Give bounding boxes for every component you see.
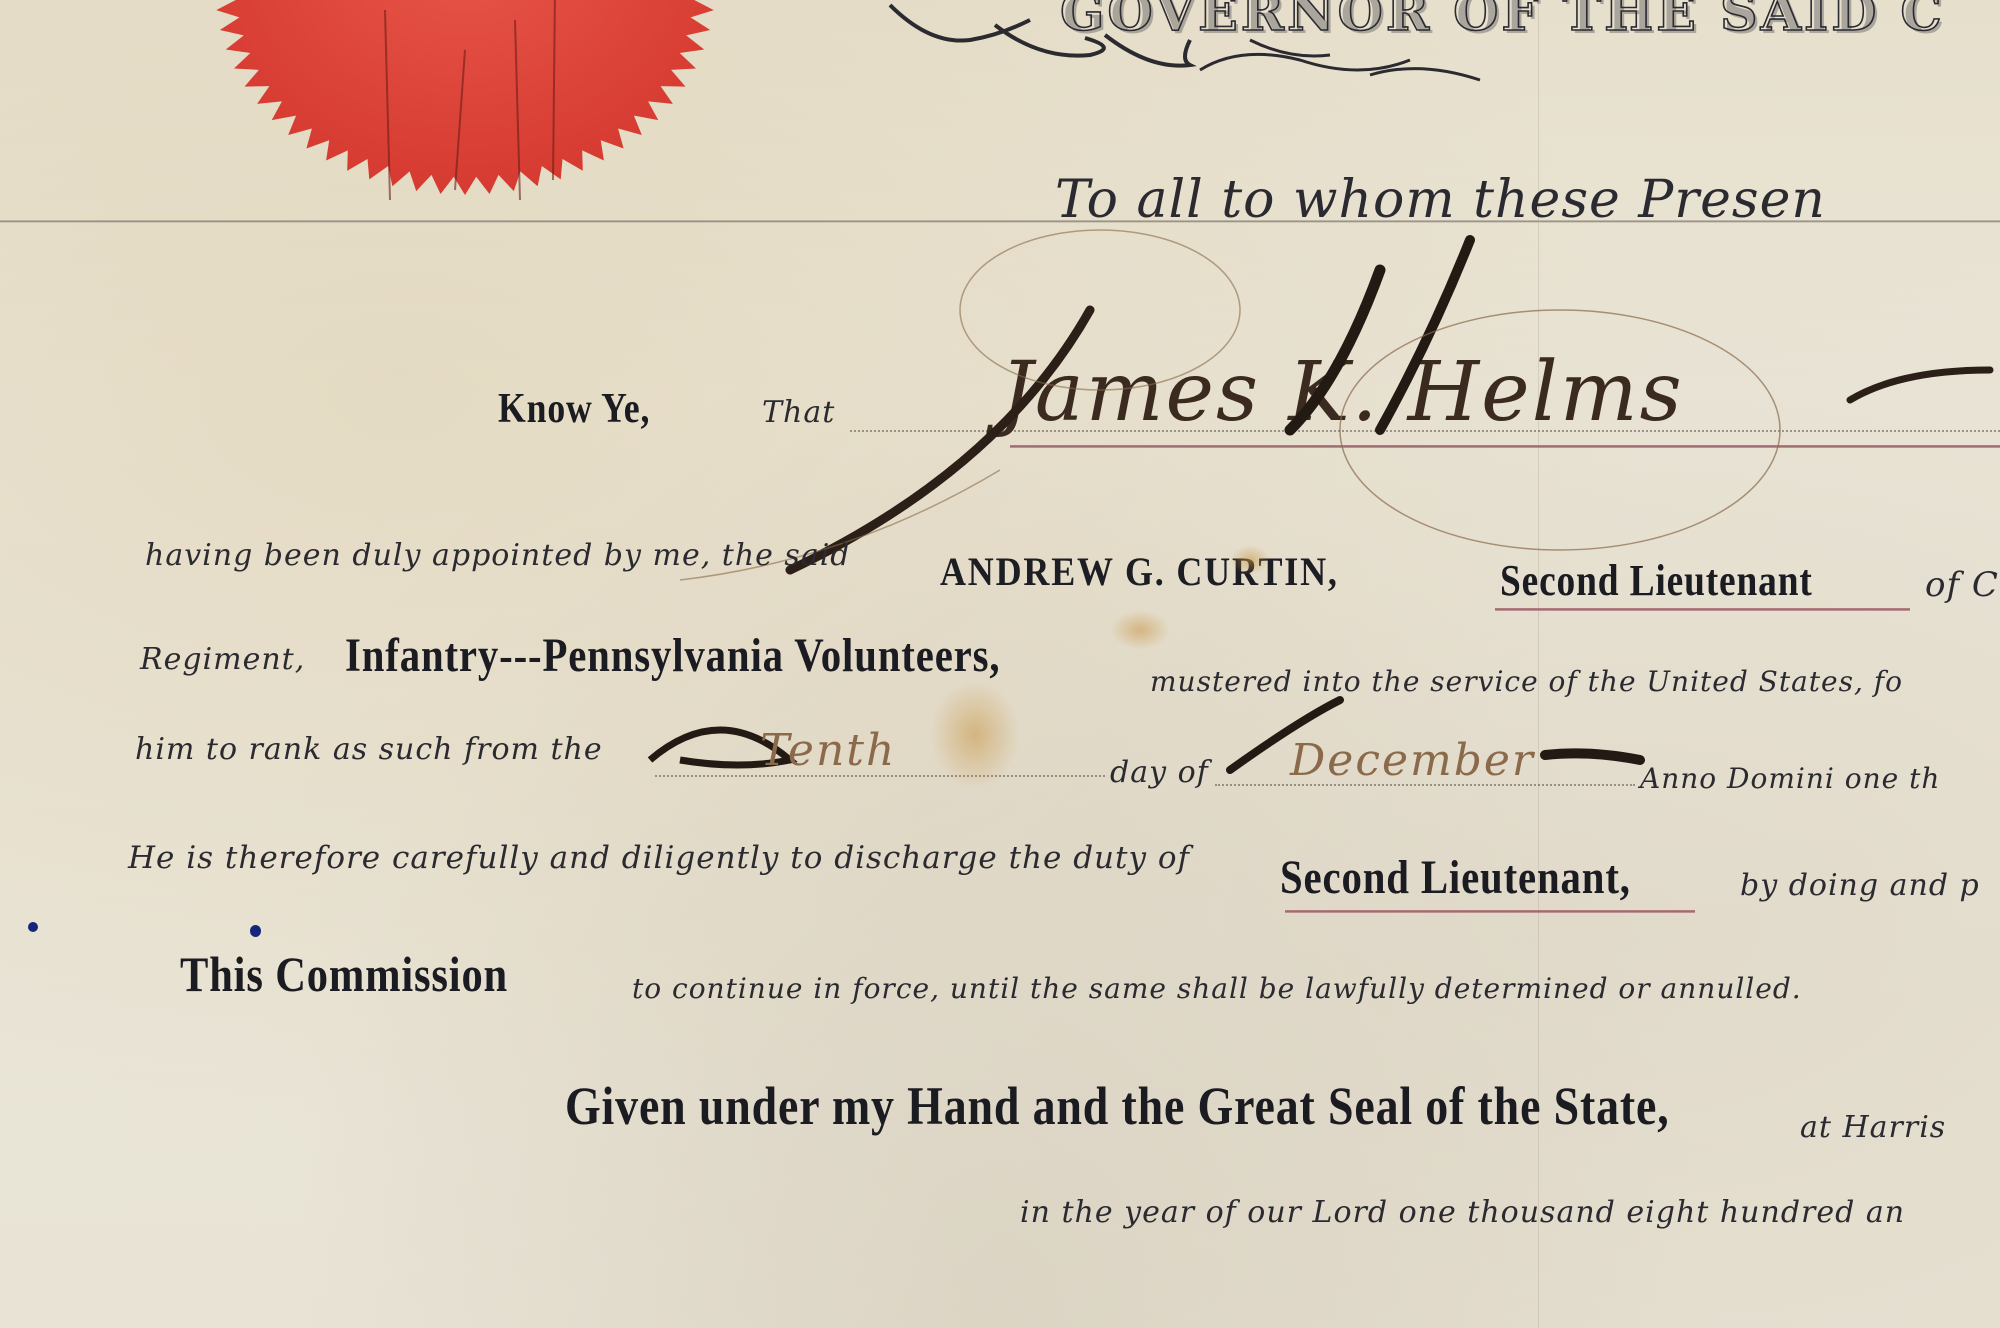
duty-text: He is therefore carefully and diligently… — [128, 840, 1190, 876]
given-under-hand: Given under my Hand and the Great Seal o… — [565, 1075, 1670, 1137]
water-stain — [1110, 610, 1170, 650]
rank-red-rule-2 — [1285, 910, 1695, 913]
water-stain — [1230, 545, 1270, 575]
duty-after: by doing and p — [1740, 868, 1980, 903]
commission-text: to continue in force, until the same sha… — [632, 972, 1802, 1005]
appointed-text: having been duly appointed by me, the sa… — [145, 538, 851, 573]
commission-label: This Commission — [180, 945, 508, 1003]
regiment-label: Regiment, — [140, 642, 305, 677]
appointed-after: of C — [1925, 565, 1999, 605]
governor-name: ANDREW G. CURTIN, — [940, 548, 1339, 595]
rank-title-1: Second Lieutenant — [1500, 555, 1813, 606]
water-stain — [930, 680, 1020, 790]
rank-from-text: him to rank as such from the — [135, 732, 603, 767]
day-of-text: day of — [1110, 755, 1209, 790]
rank-red-rule-1 — [1495, 608, 1910, 611]
unit-name: Infantry---Pennsylvania Volunteers, — [345, 628, 1000, 683]
day-handwritten: Tenth — [760, 725, 896, 776]
rank-title-2: Second Lieutenant, — [1280, 850, 1631, 905]
year-text: in the year of our Lord one thousand eig… — [1020, 1195, 1905, 1230]
given-place: at Harris — [1800, 1110, 1946, 1145]
ink-spot — [250, 925, 261, 937]
ink-spot — [28, 922, 38, 932]
month-handwritten: December — [1290, 735, 1535, 786]
mustered-text: mustered into the service of the United … — [1150, 665, 1903, 698]
anno-domini-text: Anno Domini one th — [1640, 762, 1940, 795]
